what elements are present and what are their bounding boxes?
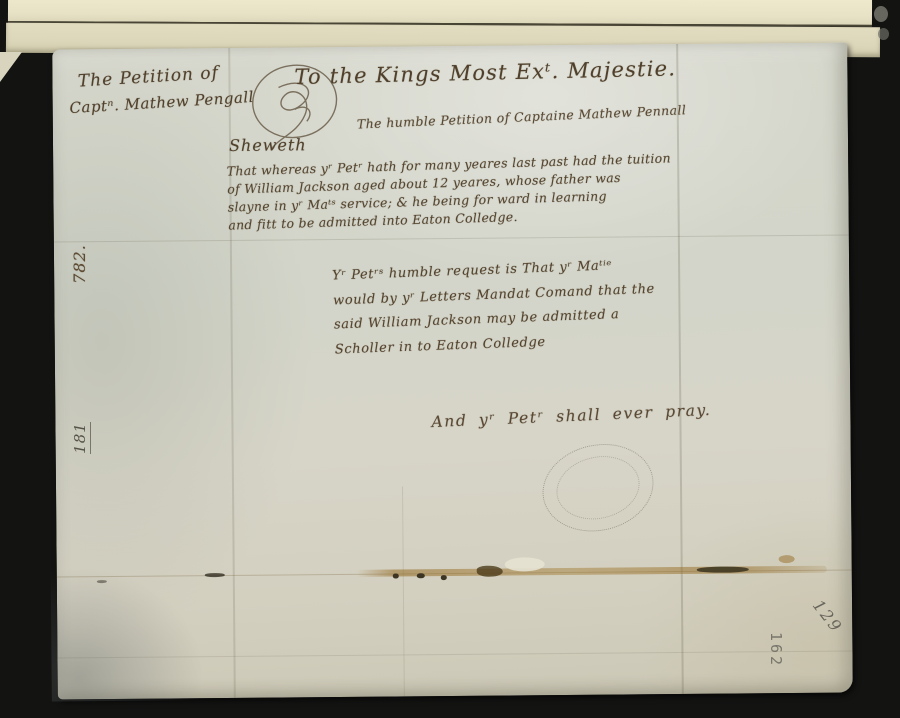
manuscript-sheet: The Petition of Captⁿ. Mathew Pengall To… (52, 43, 853, 700)
scanned-manuscript-page: The Petition of Captⁿ. Mathew Pengall To… (0, 0, 900, 718)
folio-number-text: 129 (809, 596, 846, 636)
stain-dot (393, 573, 399, 578)
scan-artifact-blob (874, 6, 888, 22)
folio-number-text: 162 (767, 632, 785, 668)
stain-dot (441, 575, 447, 580)
stain-blob (779, 555, 795, 563)
folio-number-text: 782. (70, 244, 89, 284)
margin-annotation: The Petition of Captⁿ. Mathew Pengall (67, 61, 254, 117)
stamped-folio-number: 162 (763, 614, 789, 686)
ink-stain-streak (357, 566, 827, 577)
page-corner-sliver (0, 52, 22, 82)
petition-request: Yʳ Petʳˢ humble request is That yʳ Maᵗⁱᵉ… (332, 253, 657, 363)
margin-annotation-line2: Captⁿ. Mathew Pengall (69, 88, 255, 117)
horizontal-fold-crease (54, 235, 849, 243)
corner-shading (51, 568, 202, 701)
folio-number-text: 181 (71, 422, 91, 454)
folio-number-left-lower: 181 (45, 405, 117, 471)
stain-dash (205, 573, 225, 577)
document-subheading: The humble Petition of Captaine Mathew P… (357, 102, 687, 131)
embossed-seal-inner-ring (550, 448, 645, 527)
stain-dot (417, 573, 425, 578)
salutation: Sheweth (229, 135, 307, 155)
closing-formula: And yʳ Petʳ shall ever pray. (431, 401, 712, 431)
vertical-fold-crease (676, 44, 684, 694)
vertical-fold-crease (402, 486, 405, 696)
petition-body: That whereas yʳ Petʳ hath for many yeare… (226, 149, 672, 234)
margin-annotation-line1: The Petition of (77, 61, 253, 92)
scan-artifact-blob (878, 28, 889, 40)
embossed-seal (534, 434, 662, 542)
folio-number-left-upper: 782. (40, 225, 118, 303)
stain-blob (477, 566, 503, 577)
document-heading: To the Kings Most Exᵗ. Majestie. (294, 56, 676, 89)
